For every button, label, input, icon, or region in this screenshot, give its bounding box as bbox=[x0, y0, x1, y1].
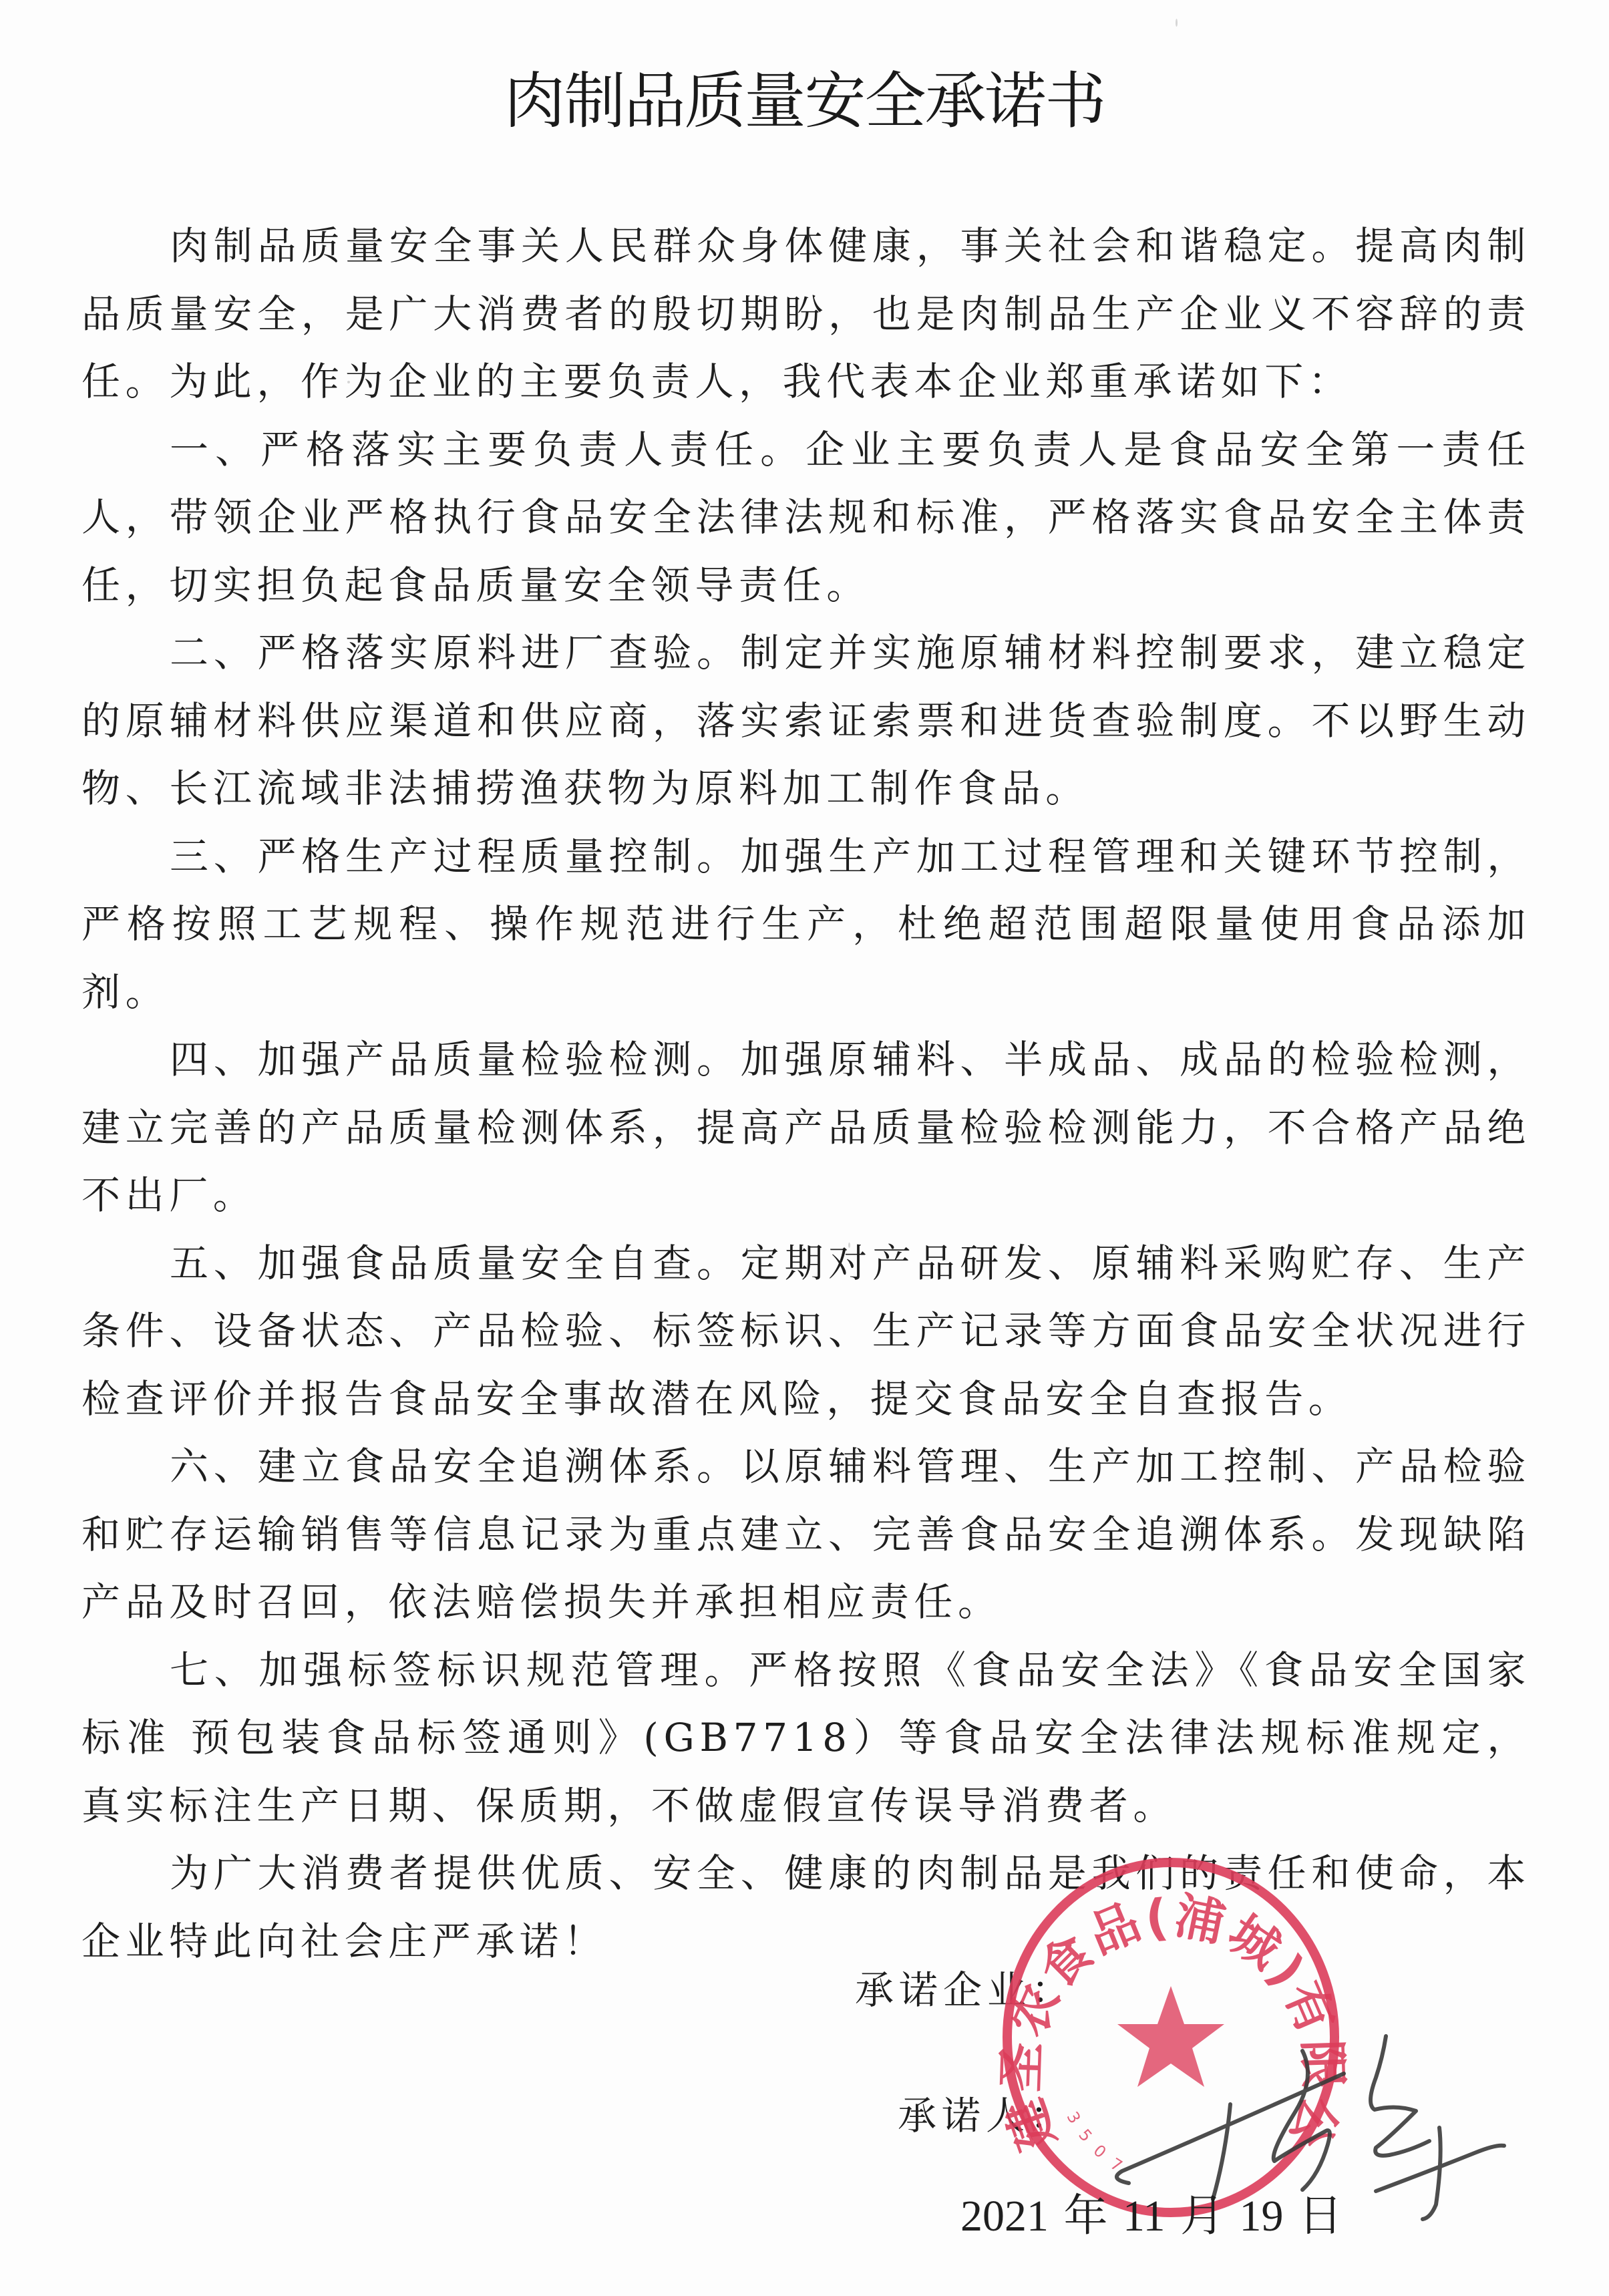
document-title: 肉制品质量安全承诺书 bbox=[0, 61, 1609, 142]
commitment-item-6: 六、建立食品安全追溯体系。以原辅料管理、生产加工控制、产品检验和贮存运输销售等信… bbox=[81, 1433, 1531, 1637]
commitment-item-4: 四、加强产品质量检验检测。加强原辅料、半成品、成品的检验检测，建立完善的产品质量… bbox=[81, 1026, 1531, 1230]
signing-date: 2021 年 11 月 19 日 bbox=[960, 2191, 1343, 2242]
commitment-item-2: 二、严格落实原料进厂查验。制定并实施原辅材料控制要求，建立稳定的原辅材料供应渠道… bbox=[81, 619, 1531, 823]
commitment-item-3: 三、严格生产过程质量控制。加强生产加工过程管理和关键环节控制，严格按照工艺规程、… bbox=[81, 823, 1531, 1027]
scan-speck bbox=[1176, 19, 1178, 27]
commitment-item-7: 七、加强标签标识规范管理。严格按照《食品安全法》《食品安全国家标准 预包装食品标… bbox=[81, 1637, 1531, 1840]
intro-paragraph: 肉制品质量安全事关人民群众身体健康，事关社会和谐稳定。提高肉制品质量安全，是广大… bbox=[81, 212, 1531, 416]
commitment-item-5: 五、加强食品质量安全自查。定期对产品研发、原辅料采购贮存、生产条件、设备状态、产… bbox=[81, 1230, 1531, 1434]
document-body: 肉制品质量安全事关人民群众身体健康，事关社会和谐稳定。提高肉制品质量安全，是广大… bbox=[81, 212, 1531, 1975]
commitment-item-1: 一、严格落实主要负责人责任。企业主要负责人是食品安全第一责任人，带领企业严格执行… bbox=[81, 416, 1531, 620]
document-page: 肉制品质量安全承诺书 肉制品质量安全事关人民群众身体健康，事关社会和谐稳定。提高… bbox=[0, 0, 1609, 2296]
scan-speck bbox=[848, 1243, 850, 1248]
scan-speck bbox=[347, 381, 350, 383]
